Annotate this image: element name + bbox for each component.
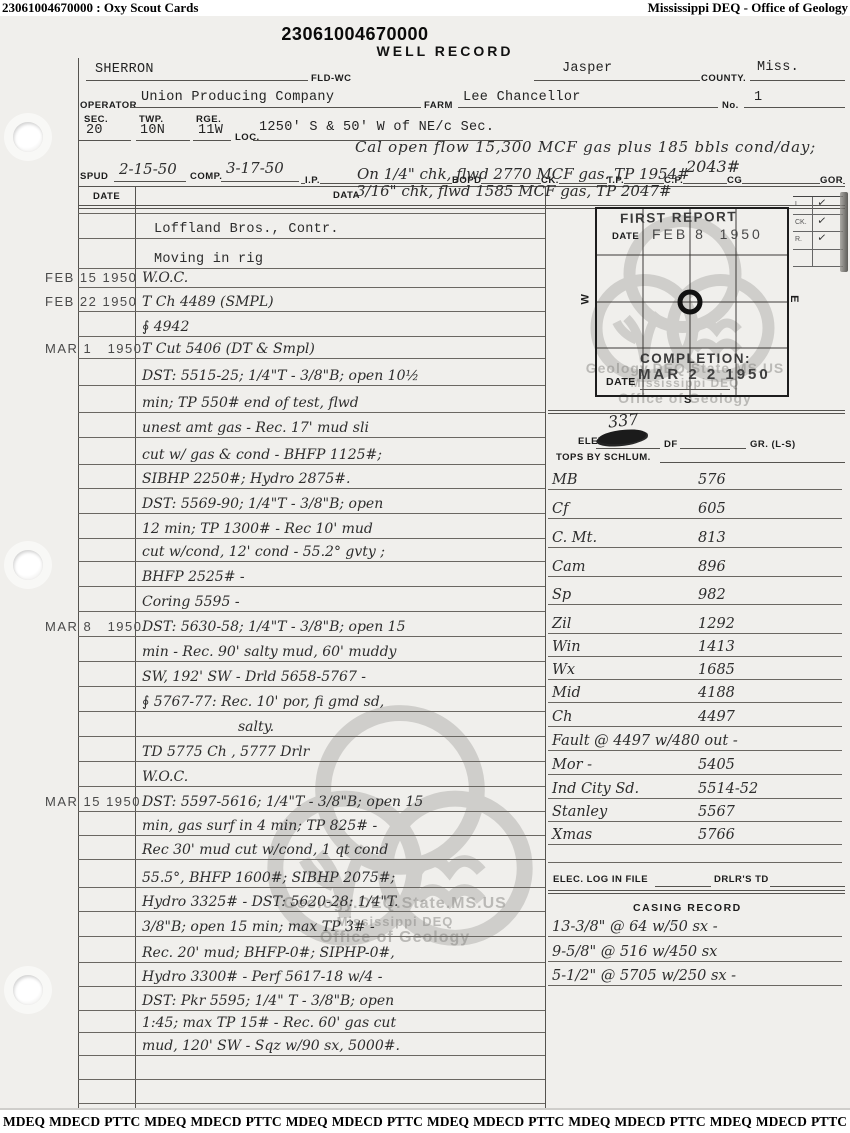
footer-token: MDEQ (568, 1114, 610, 1130)
completion-date-label: DATE (606, 376, 636, 388)
formation-top-row: Cf 605 (548, 496, 842, 519)
operator-value: Union Producing Company (141, 90, 334, 105)
log-entry-text: DST: 5630-58; 1/4"T - 3/8"B; open 15 (142, 619, 405, 635)
choke-flow-note: On 1/4" chk, flwd 2770 MCF gas. TP 1954# (357, 165, 690, 183)
routing-check-table: L. ✓ CK. ✓ R. ✓ (793, 196, 843, 267)
log-entry-text: cut w/cond, 12' cond - 55.2° gvty ; (142, 544, 385, 560)
log-entry-text: cut w/ gas & cond - BHFP 1125#; (142, 447, 382, 463)
footer-token: MDEQ (427, 1114, 469, 1130)
drlrs-td-label: DRLR'S TD (714, 874, 769, 885)
log-entry-text: 12 min; TP 1300# - Rec 10' mud (142, 521, 373, 537)
underline (114, 181, 186, 182)
routing-row-label: L. (793, 197, 813, 214)
log-row: MAR 1 1950 T Cut 5406 (DT & Smpl) (78, 335, 545, 359)
log-entry-text: W.O.C. (142, 270, 188, 286)
footer-token: MDEQ (3, 1114, 45, 1130)
api-number: 23061004670000 (0, 24, 710, 45)
log-row: cut w/cond, 12' cond - 55.2° gvty ; (78, 538, 545, 562)
log-row: min, gas surf in 4 min; TP 825# - (78, 812, 545, 836)
log-row: SIBHP 2250#; Hydro 2875#. (78, 465, 545, 489)
log-row: min - Rec. 90' salty mud, 60' muddy (78, 638, 545, 662)
log-entry-text: TD 5775 Ch , 5777 Drlr (142, 744, 309, 760)
log-entry-text: Coring 5595 - (142, 594, 240, 610)
formation-top-row: Sp 982 (548, 582, 842, 605)
log-row: Loffland Bros., Contr. (78, 215, 545, 239)
formation-top-row: Cam 896 (548, 554, 842, 577)
log-entry-text: unest amt gas - Rec. 17' mud sli (142, 420, 369, 436)
log-entry-text: T Ch 4489 (SMPL) (142, 294, 274, 310)
completion-stamp: COMPLETION: (640, 351, 751, 366)
routing-row: L. ✓ (793, 197, 843, 215)
footer-token: PTTC (246, 1114, 282, 1130)
log-row: Coring 5595 - (78, 588, 545, 612)
footer-token: MDECD (332, 1114, 383, 1130)
footer-token: MDECD (190, 1114, 241, 1130)
formation-top-row: Stanley 5567 (548, 799, 842, 822)
formation-name: Zil (552, 616, 571, 632)
log-row: 3/8"B; open 15 min; max TP 3# - (78, 913, 545, 937)
formation-top-row: Win 1413 (548, 634, 842, 657)
underline (660, 462, 845, 463)
formation-name: Mid (552, 685, 581, 701)
casing-entry-text: 5-1/2" @ 5705 w/250 sx - (552, 968, 736, 984)
footer-token: PTTC (811, 1114, 847, 1130)
cp-value: 2043# (686, 157, 740, 176)
log-row: Hydro 3325# - DST: 5620-28: 1/4"T. (78, 888, 545, 912)
formation-name: Stanley (552, 804, 607, 820)
formation-name: Cam (552, 559, 586, 575)
formation-name: Mor - (552, 757, 592, 773)
formation-top-row: C. Mt. 813 (548, 525, 842, 548)
spud-label: SPUD (80, 171, 108, 182)
log-entry-text: Hydro 3300# - Perf 5617-18 w/4 - (142, 969, 382, 985)
second-choke-note: 3/16" chk, flwd 1585 MCF gas, TP 2047# (356, 182, 672, 200)
tops-section-title: TOPS BY SCHLUM. (556, 452, 651, 463)
underline (458, 107, 718, 108)
formation-top-row: MB 576 (548, 467, 842, 490)
underline (131, 107, 421, 108)
underline (750, 80, 845, 81)
date-stamp: FEB 22 1950 (45, 294, 137, 309)
log-entry-text: min, gas surf in 4 min; TP 825# - (142, 818, 377, 834)
footer-token: MDEQ (144, 1114, 186, 1130)
formation-depth: 5405 (698, 757, 735, 773)
agency-title: Mississippi DEQ - Office of Geology (648, 0, 848, 16)
formation-depth: 5567 (698, 804, 735, 820)
formation-depth: 576 (698, 472, 726, 488)
routing-row: CK. ✓ (793, 215, 843, 233)
log-row: DST: 5569-90; 1/4"T - 3/8"B; open (78, 490, 545, 514)
first-report-stamp: FIRST REPORT (620, 209, 737, 226)
formation-top-row: Mid 4188 (548, 680, 842, 703)
log-row: DST: Pkr 5595; 1/4" T - 3/8"B; open (78, 987, 545, 1011)
formation-name: C. Mt. (552, 530, 597, 546)
formation-depth: 1292 (698, 616, 735, 632)
formation-name: MB (552, 472, 578, 488)
comp-label: COMP. (190, 171, 222, 182)
underline (596, 448, 660, 449)
formation-name: Fault @ 4497 w/480 out - (552, 733, 738, 749)
first-report-date-label: DATE (612, 231, 639, 242)
cg-label: CG (727, 175, 742, 186)
log-row (78, 1056, 545, 1080)
footer-bar: MDEQ MDECD PTTC MDEQ MDECD PTTC MDEQ MDE… (0, 1110, 850, 1133)
casing-row: 13-3/8" @ 64 w/50 sx - (548, 913, 842, 937)
open-flow-note: Cal open flow 15,300 MCF gas plus 185 bb… (355, 138, 816, 156)
formation-depth: 4497 (698, 709, 735, 725)
casing-row: 5-1/2" @ 5705 w/250 sx - (548, 962, 842, 986)
log-entry-text: DST: 5597-5616; 1/4"T - 3/8"B; open 15 (142, 794, 423, 810)
log-row: mud, 120' SW - Sqz w/90 sx, 5000#. (78, 1032, 545, 1056)
rule (548, 893, 845, 894)
log-row: unest amt gas - Rec. 17' mud sli (78, 414, 545, 438)
county-value: Jasper (562, 61, 612, 76)
date-stamp: FEB 15 1950 (45, 270, 137, 285)
formation-name: Ind City Sd. (552, 781, 639, 797)
log-entry-text: SIBHP 2250#; Hydro 2875#. (142, 471, 350, 487)
log-entry-text: DST: 5569-90; 1/4"T - 3/8"B; open (142, 496, 383, 512)
log-row: W.O.C. (78, 763, 545, 787)
log-row: Rec. 20' mud; BHFP-0#; SIPHP-0#, (78, 939, 545, 963)
underline (221, 181, 299, 182)
formation-depth: 605 (698, 501, 726, 517)
log-entry-text: T Cut 5406 (DT & Smpl) (142, 341, 315, 357)
elev-value: 337 (607, 409, 639, 431)
routing-row (793, 250, 843, 268)
underline (79, 140, 131, 141)
log-entry-text: ∮ 4942 (142, 319, 189, 335)
log-row: FEB 15 1950 W.O.C. (78, 264, 545, 288)
county-label: COUNTY. (701, 73, 746, 84)
loc-value: 1250' S & 50' W of NE/c Sec. (259, 120, 494, 135)
log-row: MAR 15 1950 DST: 5597-5616; 1/4"T - 3/8"… (78, 788, 545, 812)
formation-depth: 5514-52 (698, 781, 758, 797)
footer-token: MDEQ (286, 1114, 328, 1130)
rge-value: 11W (198, 123, 223, 138)
log-entry-text: DST: Pkr 5595; 1/4" T - 3/8"B; open (142, 993, 394, 1009)
formation-name: Sp (552, 587, 571, 603)
log-row: 12 min; TP 1300# - Rec 10' mud (78, 515, 545, 539)
footer-token: MDECD (473, 1114, 524, 1130)
spud-value: 2-15-50 (119, 160, 177, 178)
completion-date: MAR 2 2 1950 (638, 366, 771, 383)
underline (770, 886, 845, 887)
log-row: ∮ 4942 (78, 313, 545, 337)
formation-top-row: Zil 1292 (548, 611, 842, 634)
formation-top-row: Wx 1685 (548, 657, 842, 680)
plat-west-label: W (579, 294, 591, 305)
well-no-value: 1 (754, 90, 762, 105)
formation-top-row: Mor - 5405 (548, 752, 842, 775)
log-entry-text: ∮ 5767-77: Rec. 10' por, fi gmd sd, (142, 694, 384, 710)
gr-label: GR. (L-S) (750, 439, 796, 450)
log-row: 55.5°, BHFP 1600#; SIBHP 2075#; (78, 864, 545, 888)
log-row: BHFP 2525# - (78, 563, 545, 587)
formation-top-row: Ch 4497 (548, 704, 842, 727)
underline (193, 140, 231, 141)
log-row: SW, 192' SW - Drld 5658-5767 - (78, 663, 545, 687)
formation-top-row (548, 840, 842, 863)
form-title: WELL RECORD (0, 43, 850, 59)
document-id-title: 23061004670000 : Oxy Scout Cards (2, 0, 198, 16)
log-entry-text: Rec. 20' mud; BHFP-0#; SIPHP-0#, (142, 945, 395, 961)
log-row: cut w/ gas & cond - BHFP 1125#; (78, 441, 545, 465)
formation-depth: 896 (698, 559, 726, 575)
routing-row: R. ✓ (793, 232, 843, 250)
log-entry-text: min; TP 550# end of test, flwd (142, 395, 359, 411)
footer-token: MDECD (756, 1114, 807, 1130)
log-row: DST: 5515-25; 1/4"T - 3/8"B; open 10½ (78, 362, 545, 386)
log-row: Rec 30' mud cut w/cond, 1 qt cond (78, 836, 545, 860)
footer-token: PTTC (387, 1114, 423, 1130)
formation-name: Wx (552, 662, 575, 678)
center-column-divider (545, 186, 546, 1108)
log-entry-text: 3/8"B; open 15 min; max TP 3# - (142, 919, 375, 935)
gor-label: GOR (820, 175, 843, 186)
log-entry-text: BHFP 2525# - (142, 569, 245, 585)
log-entry-text: Hydro 3325# - DST: 5620-28: 1/4"T. (142, 894, 399, 910)
punch-hole (13, 975, 43, 1005)
underline (744, 107, 845, 108)
formation-name: Win (552, 639, 581, 655)
underline (534, 80, 700, 81)
log-row: Hydro 3300# - Perf 5617-18 w/4 - (78, 963, 545, 987)
page-edge-shadow (840, 192, 848, 272)
log-entry-text: min - Rec. 90' salty mud, 60' muddy (142, 644, 396, 660)
formation-depth: 4188 (698, 685, 735, 701)
ip-label: I.P. (305, 175, 320, 186)
underline (680, 448, 746, 449)
log-entry-text: mud, 120' SW - Sqz w/90 sx, 5000#. (142, 1038, 400, 1054)
log-row: MAR 8 1950 DST: 5630-58; 1/4"T - 3/8"B; … (78, 613, 545, 637)
log-entry-text: W.O.C. (142, 769, 188, 785)
underline (655, 886, 711, 887)
comp-value: 3-17-50 (226, 159, 284, 177)
well-no-label: No. (722, 100, 739, 111)
log-entry-text: SW, 192' SW - Drld 5658-5767 - (142, 669, 366, 685)
plat-south-label: S (684, 394, 692, 406)
footer-token: MDECD (614, 1114, 665, 1130)
rule (548, 890, 845, 891)
operator-label: OPERATOR (80, 100, 137, 111)
farm-value: Lee Chancellor (463, 90, 581, 105)
log-row: 1:45; max TP 15# - Rec. 60' gas cut (78, 1009, 545, 1033)
plat-east-label: E (788, 295, 800, 303)
log-entry-text: Rec 30' mud cut w/cond, 1 qt cond (142, 842, 388, 858)
casing-entry-text: 9-5/8" @ 516 w/450 sx (552, 944, 717, 960)
footer-token: MDEQ (710, 1114, 752, 1130)
routing-row-label: R. (793, 232, 813, 249)
log-entry-text: 55.5°, BHFP 1600#; SIBHP 2075#; (142, 870, 395, 886)
log-entry-text: salty. (238, 719, 274, 735)
elec-log-label: ELEC. LOG IN FILE (553, 874, 648, 885)
routing-row-label (793, 250, 813, 267)
formation-depth: 813 (698, 530, 726, 546)
formation-name: Ch (552, 709, 572, 725)
log-row (78, 1080, 545, 1104)
rule (548, 410, 845, 411)
loc-label: LOC. (235, 132, 260, 143)
underline (86, 80, 308, 81)
twp-value: 10N (140, 123, 165, 138)
formation-depth: 982 (698, 587, 726, 603)
first-report-date: FEB 8 1950 (652, 226, 763, 242)
log-row: ∮ 5767-77: Rec. 10' por, fi gmd sd, (78, 688, 545, 712)
viewer-title-bar: 23061004670000 : Oxy Scout Cards Mississ… (0, 0, 850, 16)
state-value: Miss. (757, 60, 799, 75)
date-stamp: MAR 1 1950 (45, 341, 143, 356)
formation-depth: 1685 (698, 662, 735, 678)
log-row: salty. (78, 713, 545, 737)
casing-entry-text: 13-3/8" @ 64 w/50 sx - (552, 919, 718, 935)
df-label: DF (664, 439, 678, 450)
date-stamp: MAR 8 1950 (45, 619, 143, 634)
sec-value: 20 (86, 123, 103, 138)
formation-depth: 1413 (698, 639, 735, 655)
field-name-value: SHERRON (95, 62, 154, 77)
underline (640, 389, 730, 390)
log-row: min; TP 550# end of test, flwd (78, 389, 545, 413)
farm-label: FARM (424, 100, 453, 111)
footer-token: MDECD (49, 1114, 100, 1130)
log-entry-text: DST: 5515-25; 1/4"T - 3/8"B; open 10½ (142, 368, 419, 384)
rule (548, 413, 845, 414)
footer-token: PTTC (670, 1114, 706, 1130)
underline (136, 140, 190, 141)
log-entry-text: 1:45; max TP 15# - Rec. 60' gas cut (142, 1015, 396, 1031)
formation-top-row: Ind City Sd. 5514-52 (548, 776, 842, 799)
casing-row: 9-5/8" @ 516 w/450 sx (548, 938, 842, 962)
footer-token: PTTC (104, 1114, 140, 1130)
log-row: TD 5775 Ch , 5777 Drlr (78, 738, 545, 762)
punch-hole (13, 550, 43, 580)
routing-row-label: CK. (793, 215, 813, 232)
log-row: FEB 22 1950 T Ch 4489 (SMPL) (78, 288, 545, 312)
field-label: FLD-WC (311, 73, 351, 84)
log-entry-text: Loffland Bros., Contr. (154, 222, 339, 237)
footer-token: PTTC (528, 1114, 564, 1130)
punch-hole (13, 122, 43, 152)
date-stamp: MAR 15 1950 (45, 794, 141, 809)
formation-top-row: Fault @ 4497 w/480 out - (548, 728, 842, 751)
formation-name: Cf (552, 501, 568, 517)
